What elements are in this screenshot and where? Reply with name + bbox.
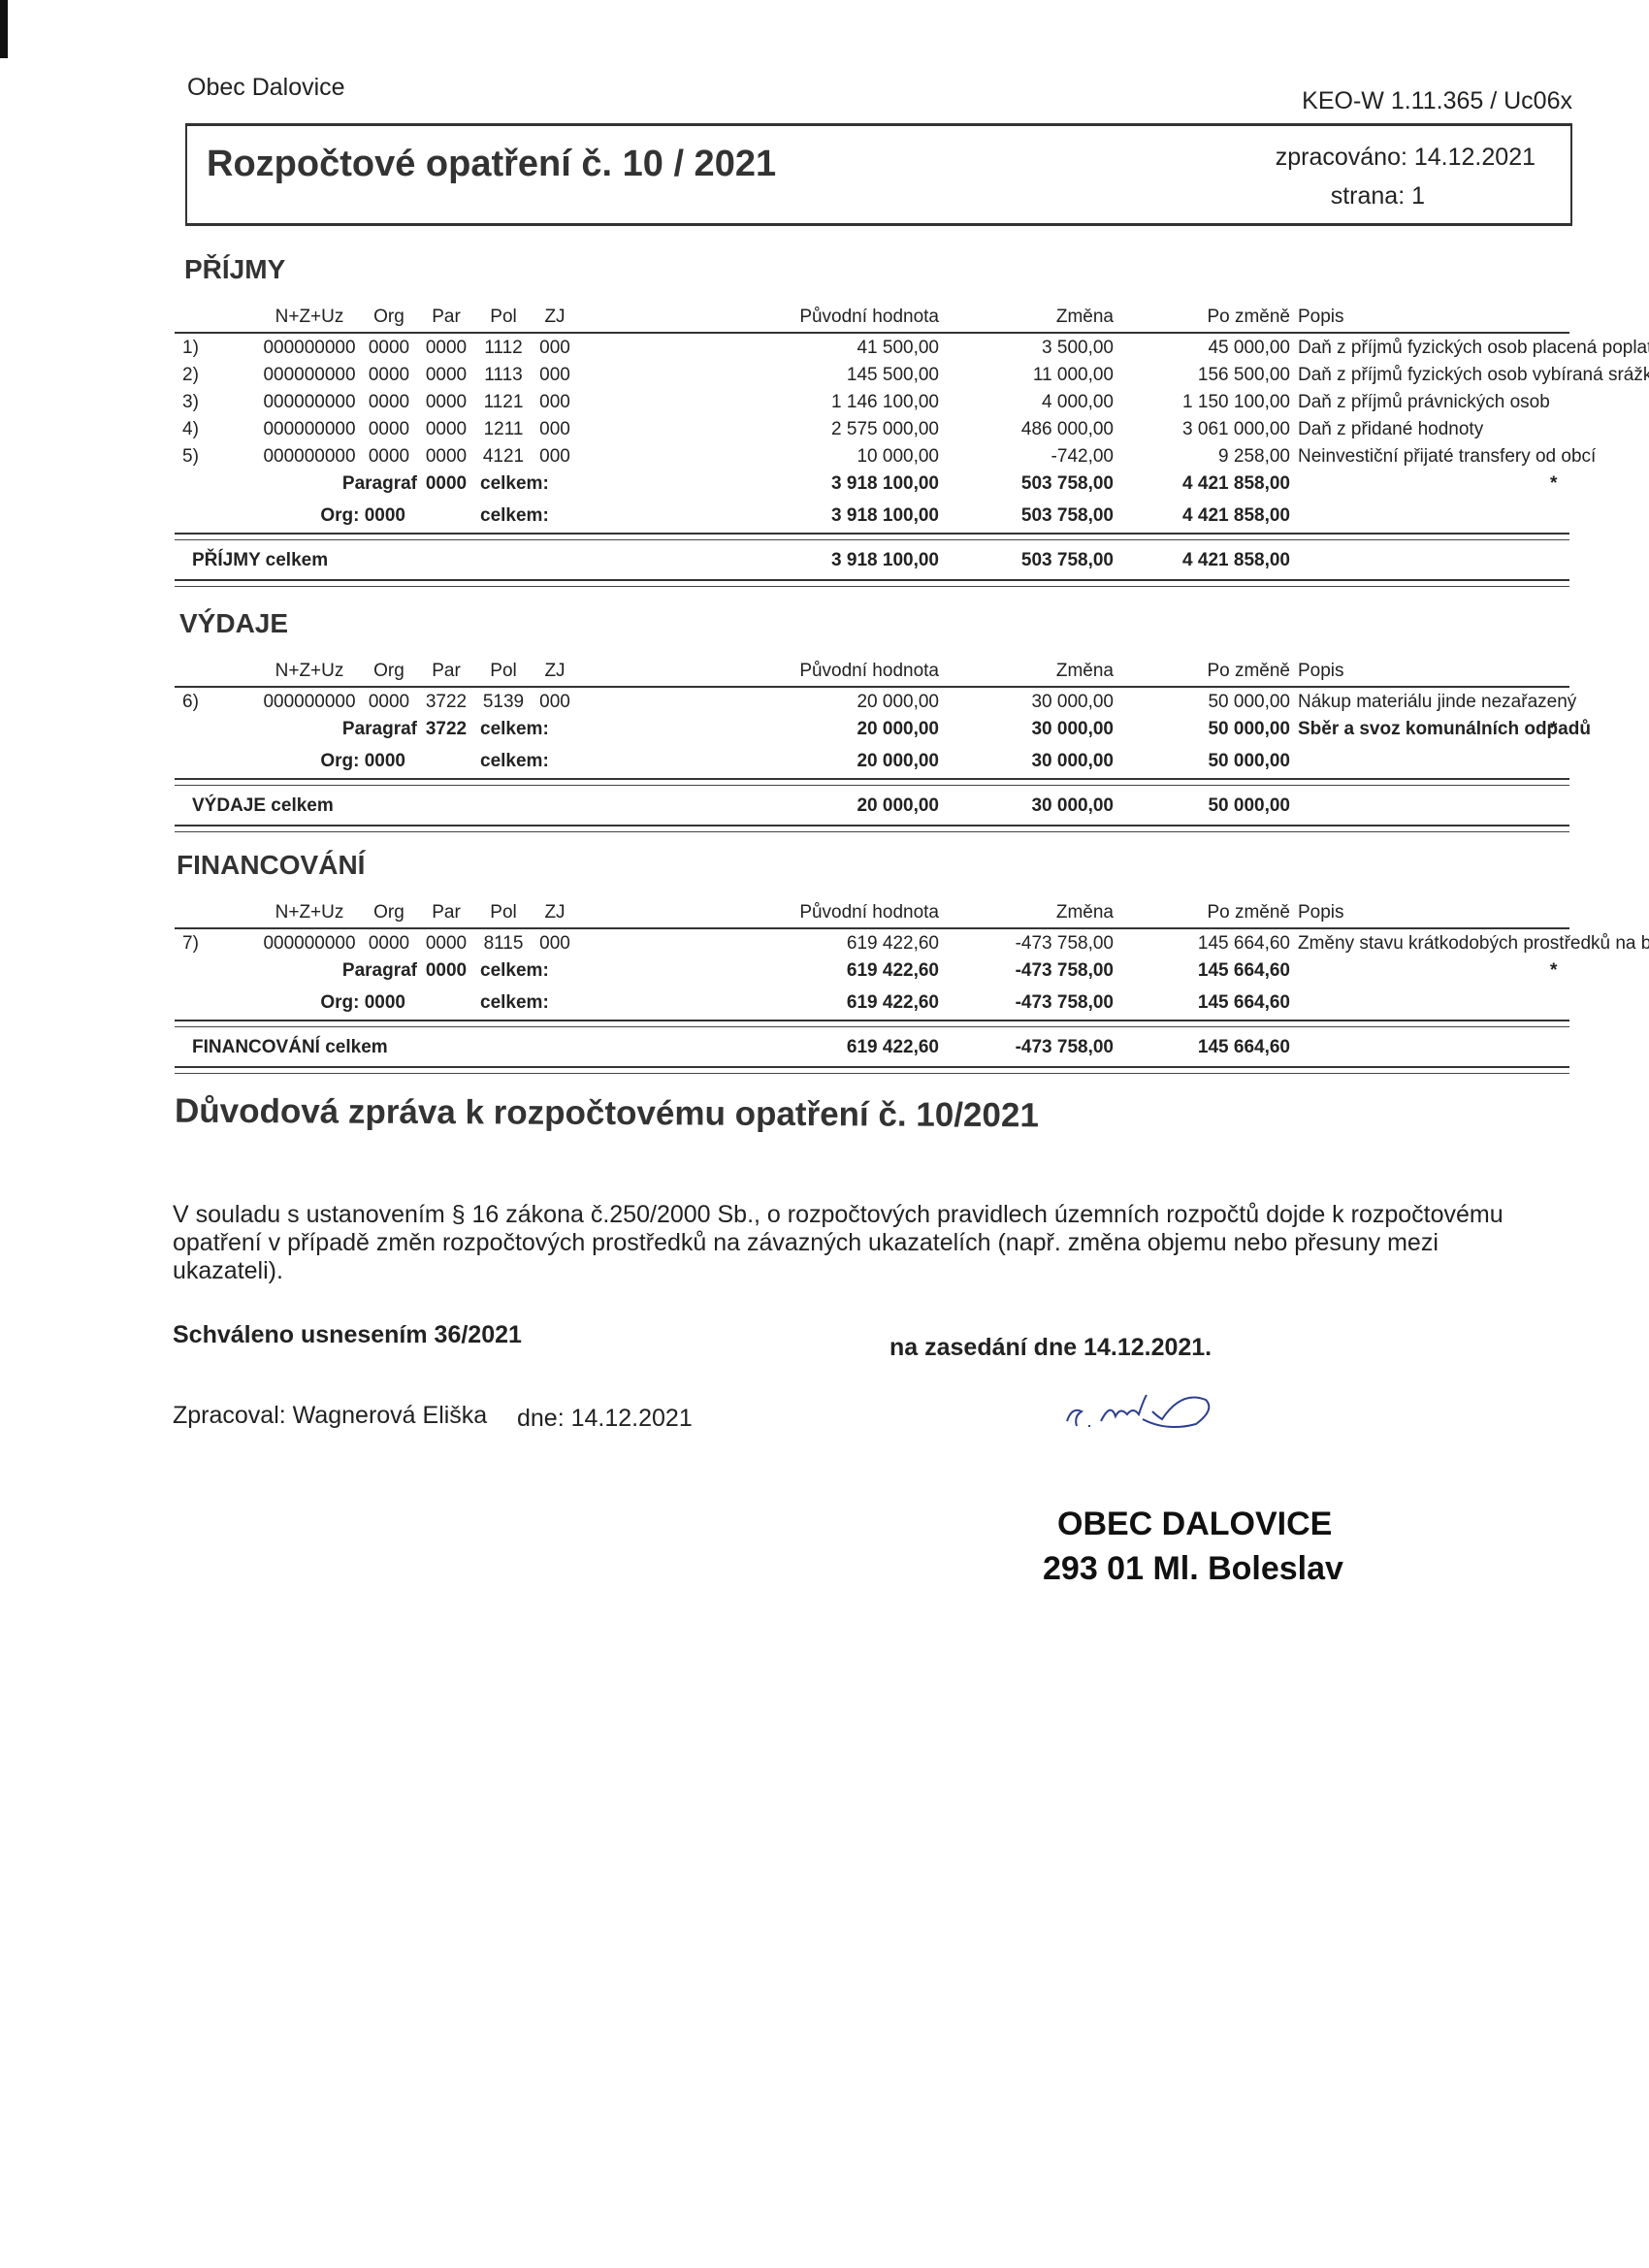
cell-org: 0000 <box>362 419 416 440</box>
paragraf-after: 145 664,60 <box>1115 960 1290 982</box>
cell-change: 11 000,00 <box>941 365 1114 386</box>
paragraf-code: 3722 <box>419 719 473 740</box>
org-after: 4 421 858,00 <box>1115 505 1290 527</box>
row-number: 2) <box>182 365 199 386</box>
approval-resolution: Schváleno usnesením 36/2021 <box>173 1321 522 1349</box>
col-header-par: Par <box>419 902 473 923</box>
col-header-nzu: N+Z+Uz <box>256 307 363 328</box>
cell-par: 0000 <box>419 446 473 468</box>
section-total-label: FINANCOVÁNÍ celkem <box>192 1037 388 1058</box>
col-header-after: Po změně <box>1115 902 1290 923</box>
total-rule <box>175 1020 1569 1021</box>
col-header-org: Org <box>362 307 416 328</box>
col-header-org: Org <box>362 902 416 923</box>
cell-par: 0000 <box>419 933 473 955</box>
cell-description: Daň z příjmů právnických osob <box>1298 392 1550 413</box>
cell-change: 3 500,00 <box>941 338 1114 359</box>
session-date: na zasedání dne 14.12.2021. <box>889 1334 1212 1362</box>
section-end-rule <box>175 831 1569 832</box>
org-change: -473 758,00 <box>941 992 1114 1014</box>
section-total-after: 50 000,00 <box>1115 795 1290 817</box>
cell-nzu: 000000000 <box>256 365 363 386</box>
table-row: 7) 000000000 0000 0000 8115 000 619 422,… <box>175 933 1569 958</box>
cell-org: 0000 <box>362 365 416 386</box>
stamp-line-2: 293 01 Ml. Boleslav <box>1043 1546 1343 1591</box>
org-change: 503 758,00 <box>941 505 1114 527</box>
section-total-after: 145 664,60 <box>1115 1037 1290 1058</box>
cell-nzu: 000000000 <box>256 692 363 713</box>
cell-original: 619 422,60 <box>582 933 939 955</box>
table-row: 4) 000000000 0000 0000 1211 000 2 575 00… <box>175 419 1569 444</box>
cell-after: 50 000,00 <box>1115 692 1290 713</box>
col-header-pol: Pol <box>478 661 529 682</box>
section-end-rule <box>175 586 1569 587</box>
paragraf-change: 503 758,00 <box>941 473 1114 495</box>
paragraf-description: Sběr a svoz komunálních odpadů <box>1298 719 1591 740</box>
cell-pol: 4121 <box>478 446 529 468</box>
cell-change: 486 000,00 <box>941 419 1114 440</box>
official-stamp: OBEC DALOVICE 293 01 Ml. Boleslav <box>1043 1502 1343 1591</box>
paragraf-label: Paragraf <box>310 719 417 740</box>
org-after: 145 664,60 <box>1115 992 1290 1014</box>
cell-nzu: 000000000 <box>256 419 363 440</box>
row-number: 1) <box>182 338 199 359</box>
cell-zj: 000 <box>532 692 578 713</box>
asterisk-marker: * <box>1550 719 1557 740</box>
col-header-pol: Pol <box>478 902 529 923</box>
total-rule <box>175 785 1569 786</box>
cell-change: 4 000,00 <box>941 392 1114 413</box>
col-header-original: Původní hodnota <box>582 307 939 328</box>
prepared-date: dne: 14.12.2021 <box>517 1405 693 1433</box>
cell-org: 0000 <box>362 933 416 955</box>
org-change: 30 000,00 <box>941 751 1114 772</box>
section-end-rule <box>175 1066 1569 1068</box>
cell-pol: 1121 <box>478 392 529 413</box>
paragraf-original: 20 000,00 <box>582 719 939 740</box>
page-number: strana: 1 <box>1331 182 1425 211</box>
paragraf-change: 30 000,00 <box>941 719 1114 740</box>
cell-org: 0000 <box>362 392 416 413</box>
cell-zj: 000 <box>532 933 578 955</box>
org-label: Org: 0000 <box>289 505 405 527</box>
asterisk-marker: * <box>1550 960 1557 982</box>
cell-after: 9 258,00 <box>1115 446 1290 468</box>
paragraf-total-row: Paragraf 0000 celkem: 3 918 100,00 503 7… <box>175 473 1569 499</box>
paragraf-label: Paragraf <box>310 960 417 982</box>
row-number: 6) <box>182 692 199 713</box>
col-header-org: Org <box>362 661 416 682</box>
cell-change: -742,00 <box>941 446 1114 468</box>
cell-original: 20 000,00 <box>582 692 939 713</box>
col-header-after: Po změně <box>1115 661 1290 682</box>
celkem-label: celkem: <box>480 719 549 740</box>
cell-nzu: 000000000 <box>256 933 363 955</box>
col-header-nzu: N+Z+Uz <box>256 902 363 923</box>
org-total-row: Org: 0000 celkem: 619 422,60 -473 758,00… <box>175 992 1569 1018</box>
section-end-rule <box>175 1073 1569 1074</box>
cell-description: Změny stavu krátkodobých prostředků na b… <box>1298 933 1649 955</box>
cell-nzu: 000000000 <box>256 338 363 359</box>
col-header-description: Popis <box>1298 902 1344 923</box>
paragraf-after: 50 000,00 <box>1115 719 1290 740</box>
col-header-change: Změna <box>941 902 1114 923</box>
col-header-after: Po změně <box>1115 307 1290 328</box>
cell-description: Daň z příjmů fyzických osob vybíraná srá… <box>1298 365 1649 386</box>
section-title-prijmy: PŘÍJMY <box>184 254 285 285</box>
cell-description: Nákup materiálu jinde nezařazený <box>1298 692 1576 713</box>
section-total-after: 4 421 858,00 <box>1115 550 1290 571</box>
celkem-label: celkem: <box>480 992 549 1014</box>
title-box: Rozpočtové opatření č. 10 / 2021 zpracov… <box>185 123 1572 226</box>
section-title-financovani: FINANCOVÁNÍ <box>177 850 365 881</box>
cell-par: 3722 <box>419 692 473 713</box>
cell-change: 30 000,00 <box>941 692 1114 713</box>
section-total-row: VÝDAJE celkem 20 000,00 30 000,00 50 000… <box>175 795 1569 821</box>
org-original: 3 918 100,00 <box>582 505 939 527</box>
cell-after: 45 000,00 <box>1115 338 1290 359</box>
document-title: Rozpočtové opatření č. 10 / 2021 <box>207 144 776 185</box>
total-rule <box>175 778 1569 780</box>
paragraf-code: 0000 <box>419 473 473 495</box>
cell-pol: 8115 <box>478 933 529 955</box>
row-number: 4) <box>182 419 199 440</box>
org-label: Org: 0000 <box>289 992 405 1014</box>
signature-icon <box>1057 1382 1300 1441</box>
org-original: 20 000,00 <box>582 751 939 772</box>
cell-after: 145 664,60 <box>1115 933 1290 955</box>
section-total-original: 3 918 100,00 <box>582 550 939 571</box>
table-row: 1) 000000000 0000 0000 1112 000 41 500,0… <box>175 338 1569 363</box>
cell-original: 41 500,00 <box>582 338 939 359</box>
col-header-nzu: N+Z+Uz <box>256 661 363 682</box>
paragraf-change: -473 758,00 <box>941 960 1114 982</box>
col-header-par: Par <box>419 661 473 682</box>
paragraf-code: 0000 <box>419 960 473 982</box>
header-rule <box>175 927 1569 929</box>
cell-zj: 000 <box>532 365 578 386</box>
col-header-pol: Pol <box>478 307 529 328</box>
col-header-description: Popis <box>1298 307 1344 328</box>
paragraf-after: 4 421 858,00 <box>1115 473 1290 495</box>
justification-text: V souladu s ustanovením § 16 zákona č.25… <box>173 1201 1531 1285</box>
section-total-change: -473 758,00 <box>941 1037 1114 1058</box>
processed-date: zpracováno: 14.12.2021 <box>1276 144 1536 172</box>
org-original: 619 422,60 <box>582 992 939 1014</box>
cell-zj: 000 <box>532 419 578 440</box>
cell-original: 2 575 000,00 <box>582 419 939 440</box>
software-version: KEO-W 1.11.365 / Uc06x <box>1302 87 1572 115</box>
celkem-label: celkem: <box>480 473 549 495</box>
cell-description: Daň z přidané hodnoty <box>1298 419 1483 440</box>
section-end-rule <box>175 825 1569 826</box>
paragraf-total-row: Paragraf 3722 celkem: 20 000,00 30 000,0… <box>175 719 1569 744</box>
cell-par: 0000 <box>419 365 473 386</box>
cell-after: 3 061 000,00 <box>1115 419 1290 440</box>
cell-original: 1 146 100,00 <box>582 392 939 413</box>
table-header: N+Z+Uz Org Par Pol ZJ Původní hodnota Zm… <box>175 307 1569 332</box>
cell-pol: 1113 <box>478 365 529 386</box>
justification-title: Důvodová zpráva k rozpočtovému opatření … <box>175 1092 1039 1136</box>
cell-pol: 1211 <box>478 419 529 440</box>
table-row: 3) 000000000 0000 0000 1121 000 1 146 10… <box>175 392 1569 417</box>
col-header-par: Par <box>419 307 473 328</box>
org-label: Org: 0000 <box>289 751 405 772</box>
col-header-zj: ZJ <box>532 661 578 682</box>
col-header-change: Změna <box>941 307 1114 328</box>
cell-change: -473 758,00 <box>941 933 1114 955</box>
total-rule <box>175 1026 1569 1027</box>
cell-org: 0000 <box>362 338 416 359</box>
section-total-change: 503 758,00 <box>941 550 1114 571</box>
header-rule <box>175 686 1569 688</box>
total-rule <box>175 539 1569 540</box>
cell-original: 145 500,00 <box>582 365 939 386</box>
paragraf-total-row: Paragraf 0000 celkem: 619 422,60 -473 75… <box>175 960 1569 986</box>
cell-after: 156 500,00 <box>1115 365 1290 386</box>
org-total-row: Org: 0000 celkem: 3 918 100,00 503 758,0… <box>175 505 1569 531</box>
header-rule <box>175 332 1569 334</box>
col-header-zj: ZJ <box>532 902 578 923</box>
cell-zj: 000 <box>532 446 578 468</box>
col-header-change: Změna <box>941 661 1114 682</box>
org-after: 50 000,00 <box>1115 751 1290 772</box>
col-header-original: Původní hodnota <box>582 902 939 923</box>
section-total-original: 20 000,00 <box>582 795 939 817</box>
col-header-description: Popis <box>1298 661 1344 682</box>
table-row: 2) 000000000 0000 0000 1113 000 145 500,… <box>175 365 1569 390</box>
paragraf-label: Paragraf <box>310 473 417 495</box>
table-header: N+Z+Uz Org Par Pol ZJ Původní hodnota Zm… <box>175 661 1569 686</box>
section-total-row: PŘÍJMY celkem 3 918 100,00 503 758,00 4 … <box>175 550 1569 575</box>
cell-description: Daň z příjmů fyzických osob placená popl… <box>1298 338 1649 359</box>
row-number: 5) <box>182 446 199 468</box>
table-row: 6) 000000000 0000 3722 5139 000 20 000,0… <box>175 692 1569 717</box>
total-rule <box>175 533 1569 535</box>
section-end-rule <box>175 579 1569 581</box>
section-total-label: VÝDAJE celkem <box>192 795 334 817</box>
row-number: 3) <box>182 392 199 413</box>
stamp-line-1: OBEC DALOVICE <box>1057 1502 1343 1546</box>
cell-org: 0000 <box>362 446 416 468</box>
col-header-zj: ZJ <box>532 307 578 328</box>
cell-par: 0000 <box>419 419 473 440</box>
asterisk-marker: * <box>1550 473 1557 495</box>
section-total-change: 30 000,00 <box>941 795 1114 817</box>
cell-par: 0000 <box>419 392 473 413</box>
row-number: 7) <box>182 933 199 955</box>
cell-after: 1 150 100,00 <box>1115 392 1290 413</box>
cell-pol: 5139 <box>478 692 529 713</box>
cell-org: 0000 <box>362 692 416 713</box>
cell-nzu: 000000000 <box>256 392 363 413</box>
paragraf-original: 3 918 100,00 <box>582 473 939 495</box>
scan-edge-mark <box>0 0 8 58</box>
org-total-row: Org: 0000 celkem: 20 000,00 30 000,00 50… <box>175 751 1569 776</box>
col-header-original: Původní hodnota <box>582 661 939 682</box>
cell-zj: 000 <box>532 338 578 359</box>
section-title-vydaje: VÝDAJE <box>179 608 288 639</box>
celkem-label: celkem: <box>480 751 549 772</box>
cell-description: Neinvestiční přijaté transfery od obcí <box>1298 446 1596 468</box>
section-total-row: FINANCOVÁNÍ celkem 619 422,60 -473 758,0… <box>175 1037 1569 1062</box>
cell-zj: 000 <box>532 392 578 413</box>
cell-pol: 1112 <box>478 338 529 359</box>
section-total-original: 619 422,60 <box>582 1037 939 1058</box>
cell-original: 10 000,00 <box>582 446 939 468</box>
paragraf-original: 619 422,60 <box>582 960 939 982</box>
cell-par: 0000 <box>419 338 473 359</box>
organization-name: Obec Dalovice <box>187 74 345 102</box>
table-header: N+Z+Uz Org Par Pol ZJ Původní hodnota Zm… <box>175 902 1569 927</box>
table-row: 5) 000000000 0000 0000 4121 000 10 000,0… <box>175 446 1569 471</box>
prepared-by: Zpracoval: Wagnerová Eliška <box>173 1402 487 1430</box>
cell-nzu: 000000000 <box>256 446 363 468</box>
celkem-label: celkem: <box>480 505 549 527</box>
section-total-label: PŘÍJMY celkem <box>192 550 328 571</box>
celkem-label: celkem: <box>480 960 549 982</box>
